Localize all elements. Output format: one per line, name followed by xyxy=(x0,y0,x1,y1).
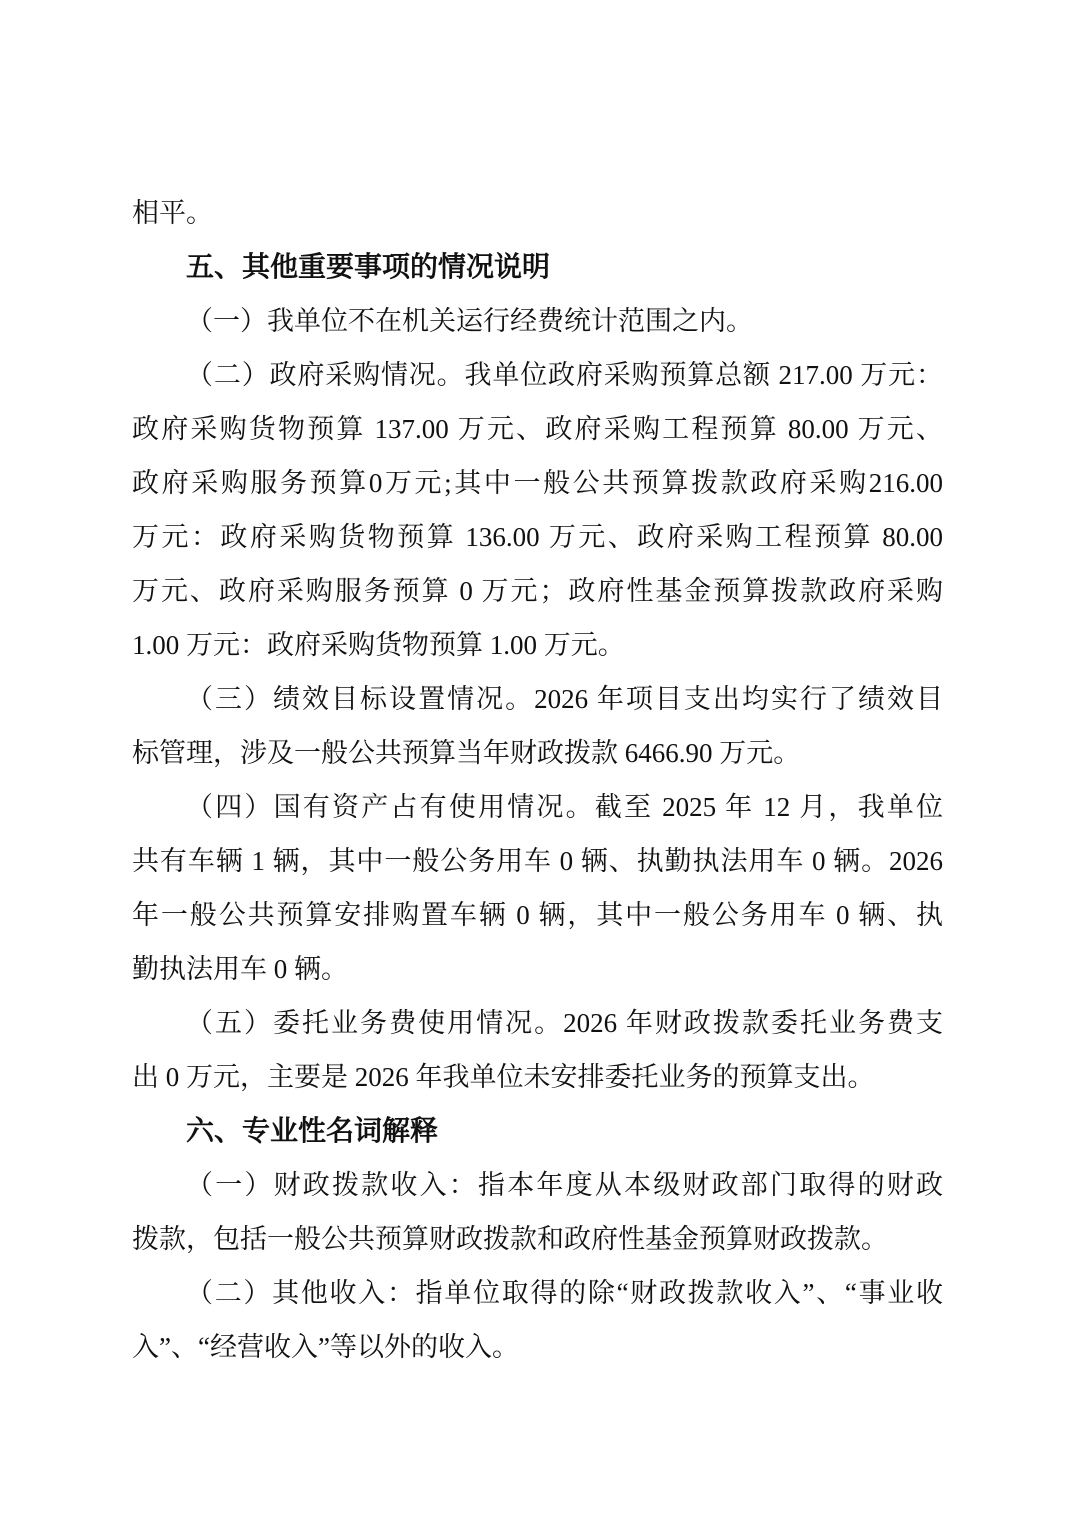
text-line: 政府采购服务预算0万元;其中一般公共预算拨款政府采购216.00 xyxy=(132,456,943,510)
text-line: （四）国有资产占有使用情况。截至 2025 年 12 月，我单位 xyxy=(132,780,943,834)
section-heading-5: 五、其他重要事项的情况说明 xyxy=(132,240,943,294)
text-line: 年一般公共预算安排购置车辆 0 辆，其中一般公务用车 0 辆、执 xyxy=(132,888,943,942)
text-line: 万元：政府采购货物预算 136.00 万元、政府采购工程预算 80.00 xyxy=(132,510,943,564)
text-line: 共有车辆 1 辆，其中一般公务用车 0 辆、执勤执法用车 0 辆。2026 xyxy=(132,834,943,888)
text-line: 标管理，涉及一般公共预算当年财政拨款 6466.90 万元。 xyxy=(132,726,943,780)
text-line: （三）绩效目标设置情况。2026 年项目支出均实行了绩效目 xyxy=(132,672,943,726)
text-line: 1.00 万元：政府采购货物预算 1.00 万元。 xyxy=(132,618,943,672)
text-line: 政府采购货物预算 137.00 万元、政府采购工程预算 80.00 万元、 xyxy=(132,402,943,456)
text-line: 入”、“经营收入”等以外的收入。 xyxy=(132,1320,943,1374)
text-line: （一）财政拨款收入：指本年度从本级财政部门取得的财政 xyxy=(132,1158,943,1212)
text-line: （二）政府采购情况。我单位政府采购预算总额 217.00 万元： xyxy=(132,348,943,402)
document-text-column: 相平。 五、其他重要事项的情况说明 （一）我单位不在机关运行经费统计范围之内。 … xyxy=(132,186,943,1374)
text-line: （二）其他收入：指单位取得的除“财政拨款收入”、“事业收 xyxy=(132,1266,943,1320)
section-heading-6: 六、专业性名词解释 xyxy=(132,1104,943,1158)
text-line: 出 0 万元，主要是 2026 年我单位未安排委托业务的预算支出。 xyxy=(132,1050,943,1104)
text-line: 勤执法用车 0 辆。 xyxy=(132,942,943,996)
text-line: 相平。 xyxy=(132,186,943,240)
text-line: 万元、政府采购服务预算 0 万元；政府性基金预算拨款政府采购 xyxy=(132,564,943,618)
document-page: 相平。 五、其他重要事项的情况说明 （一）我单位不在机关运行经费统计范围之内。 … xyxy=(0,0,1074,1520)
text-line: 拨款，包括一般公共预算财政拨款和政府性基金预算财政拨款。 xyxy=(132,1212,943,1266)
text-line: （一）我单位不在机关运行经费统计范围之内。 xyxy=(132,294,943,348)
text-line: （五）委托业务费使用情况。2026 年财政拨款委托业务费支 xyxy=(132,996,943,1050)
